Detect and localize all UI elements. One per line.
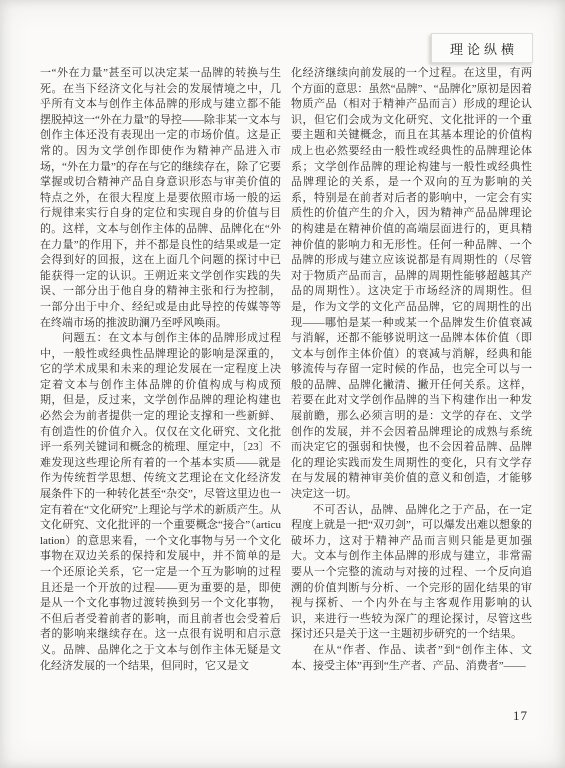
- section-header-tab: 理论纵横: [431, 33, 533, 63]
- two-column-text-area: 一“外在力量”甚至可以决定某一品牌的转换与生死。在当下经济文化与社会的发展情境之…: [40, 66, 532, 674]
- paragraph-double-edged-sword: 不可否认，品牌、品牌化之于产品，在一定程度上就是一把“双刃剑”，可以爆发出难以想…: [291, 503, 532, 643]
- section-header-label: 理论纵横: [450, 39, 518, 58]
- left-text-column: 一“外在力量”甚至可以决定某一品牌的转换与生死。在当下经济文化与社会的发展情境之…: [40, 66, 281, 674]
- paragraph-question-five: 问题五：在文本与创作主体的品牌形成过程中，一般性或经典性品牌理论的影响是深重的，…: [40, 331, 281, 674]
- page-number: 17: [513, 708, 528, 724]
- paragraph-continuation: 一“外在力量”甚至可以决定某一品牌的转换与生死。在当下经济文化与社会的发展情境之…: [40, 66, 281, 331]
- right-text-column: 化经济继续向前发展的一个过程。在这里，有两个方面的意思：虽然“品牌”、“品牌化”…: [291, 66, 532, 674]
- paragraph-continuation: 化经济继续向前发展的一个过程。在这里，有两个方面的意思：虽然“品牌”、“品牌化”…: [291, 66, 532, 503]
- paragraph-author-work-reader: 在从“作者、作品、读者”到“创作主体、文本、接受主体”再到“生产者、产品、消费者…: [291, 643, 532, 674]
- scanned-document-page: 理论纵横 一“外在力量”甚至可以决定某一品牌的转换与生死。在当下经济文化与社会的…: [0, 0, 565, 768]
